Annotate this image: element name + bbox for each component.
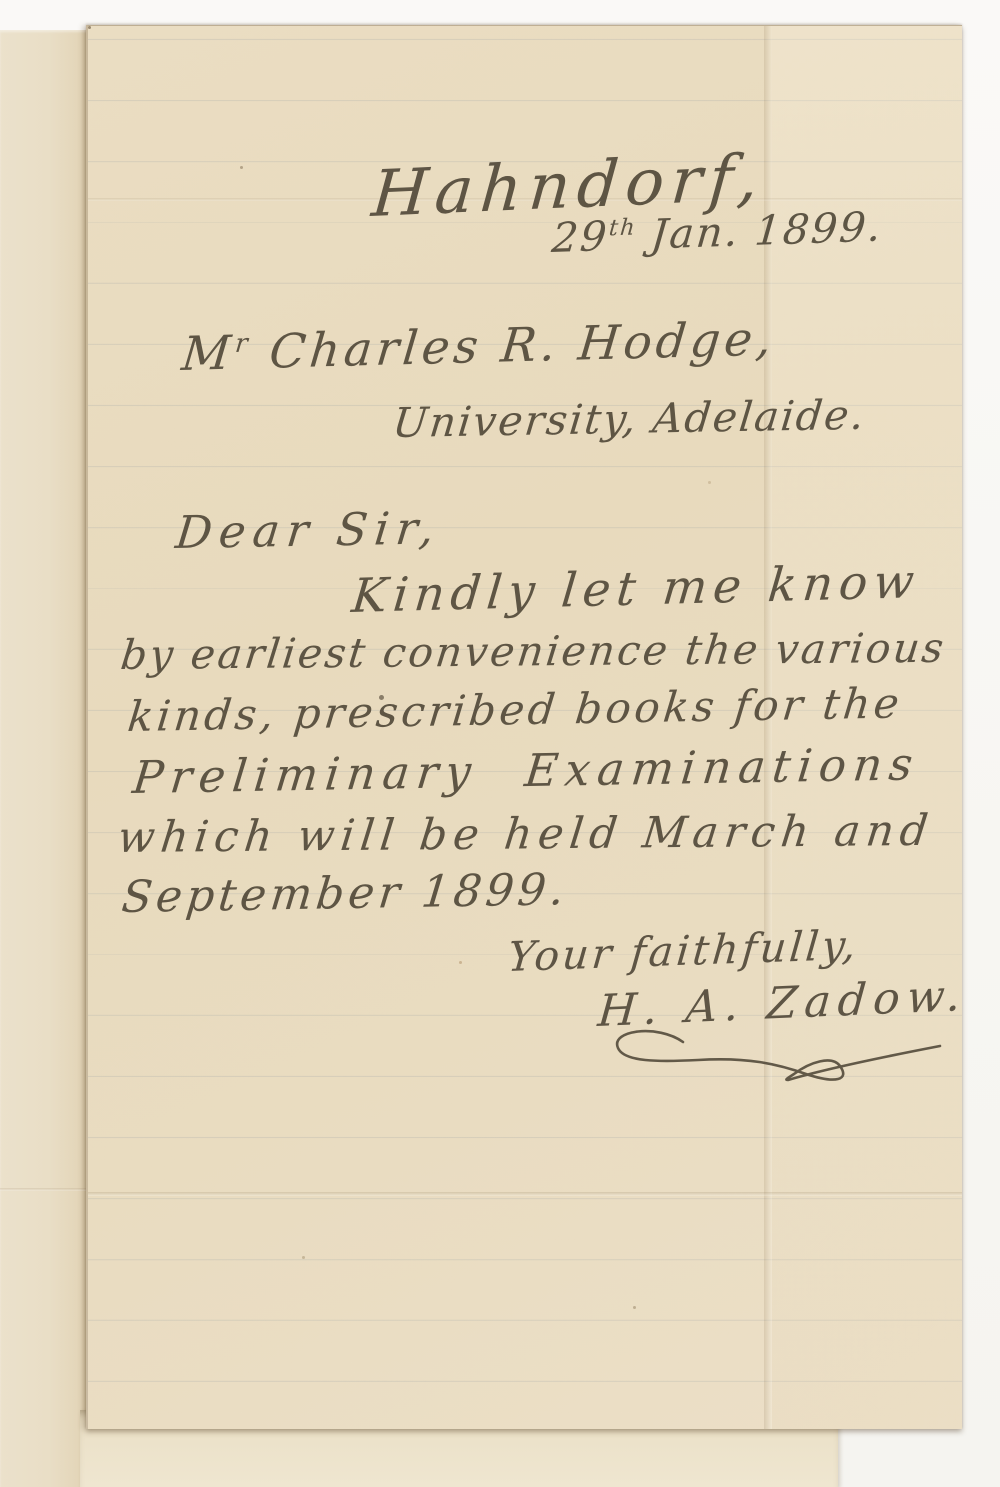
- fold-crease-bottom: [88, 1192, 962, 1196]
- body-line: September 1899.: [119, 864, 570, 923]
- recipient-prefix: M: [179, 326, 237, 382]
- recipient-address-line: University, Adelaide.: [390, 391, 868, 447]
- scan-background: Hahndorf, 29th Jan. 1899. Mr Charles R. …: [0, 0, 1000, 1487]
- left-sheet-edge: [0, 30, 88, 1487]
- date-rest: Jan. 1899.: [634, 203, 885, 260]
- salutation-line: Dear Sir,: [173, 501, 444, 559]
- body-line: which will be held March and: [115, 806, 936, 863]
- date-ordinal: th: [608, 214, 638, 241]
- body-line: by earliest convenience the various: [118, 624, 948, 679]
- signature-flourish: [588, 1022, 948, 1094]
- paper-specks: [88, 26, 91, 29]
- flourish-stroke: [617, 1031, 940, 1080]
- date-day: 29: [550, 212, 611, 262]
